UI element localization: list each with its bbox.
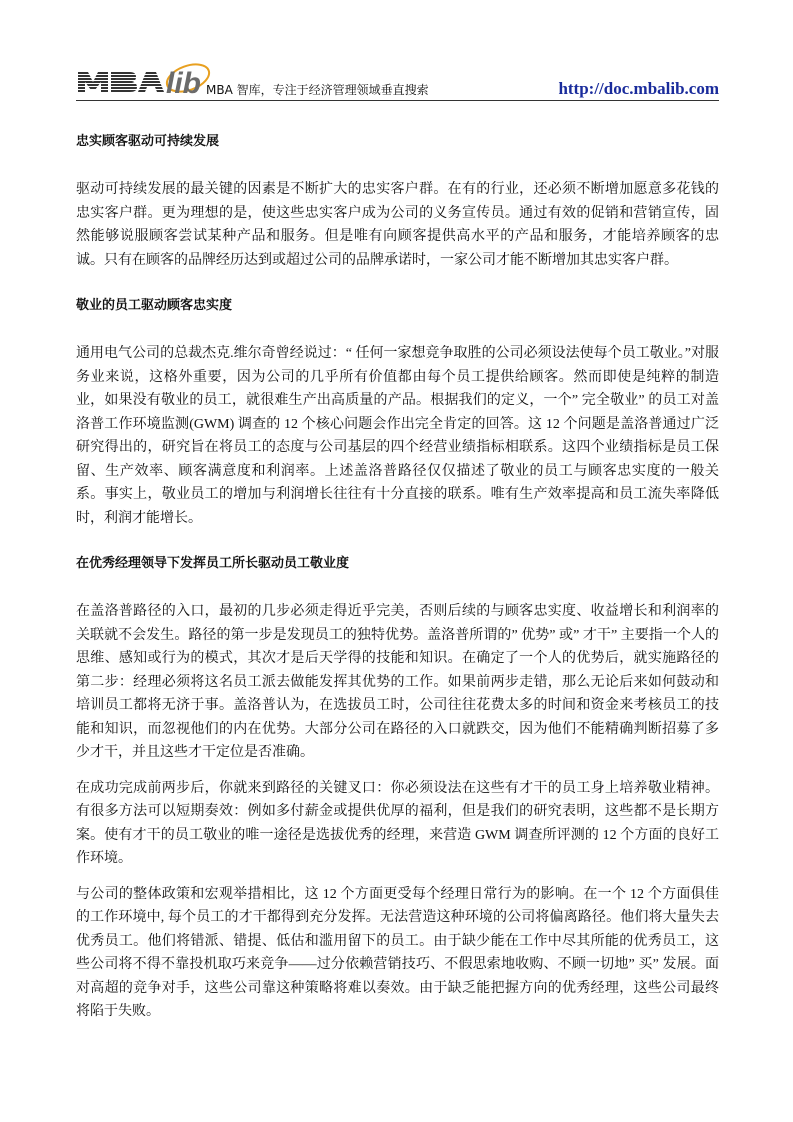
document-body: 忠实顾客驱动可持续发展 驱动可持续发展的最关键的因素是不断扩大的忠实客户群。在有…: [76, 130, 719, 1036]
svg-text:lib: lib: [166, 67, 201, 98]
site-tagline: MBA 智库，专注于经济管理领域垂直搜索: [206, 81, 429, 98]
section-excellent-managers: 在优秀经理领导下发挥员工所长驱动员工敬业度 在盖洛普路径的入口，最初的几步必须走…: [76, 552, 719, 1024]
paragraph: 驱动可持续发展的最关键的因素是不断扩大的忠实客户群。在有的行业，还必须不断增加愿…: [76, 178, 719, 272]
paragraph: 在成功完成前两步后，你就来到路径的关键叉口：你必须设法在这些有才干的员工身上培养…: [76, 777, 719, 871]
site-url-link[interactable]: http://doc.mbalib.com: [558, 79, 719, 99]
page-header: lib MBA 智库，专注于经济管理领域垂直搜索 http://doc.mbal…: [76, 58, 719, 101]
section-heading: 在优秀经理领导下发挥员工所长驱动员工敬业度: [76, 552, 719, 576]
section-loyal-customers: 忠实顾客驱动可持续发展 驱动可持续发展的最关键的因素是不断扩大的忠实客户群。在有…: [76, 130, 719, 272]
paragraph: 与公司的整体政策和宏观举措相比，这 12 个方面更受每个经理日常行为的影响。在一…: [76, 883, 719, 1024]
section-heading: 忠实顾客驱动可持续发展: [76, 130, 719, 154]
paragraph: 在盖洛普路径的入口，最初的几步必须走得近乎完美，否则后续的与顾客忠实度、收益增长…: [76, 600, 719, 765]
mbalib-logo: lib: [76, 60, 211, 98]
section-heading: 敬业的员工驱动顾客忠实度: [76, 294, 719, 318]
paragraph: 通用电气公司的总裁杰克.维尔奇曾经说过：“ 任何一家想竞争取胜的公司必须设法使每…: [76, 342, 719, 530]
section-engaged-employees: 敬业的员工驱动顾客忠实度 通用电气公司的总裁杰克.维尔奇曾经说过：“ 任何一家想…: [76, 294, 719, 530]
